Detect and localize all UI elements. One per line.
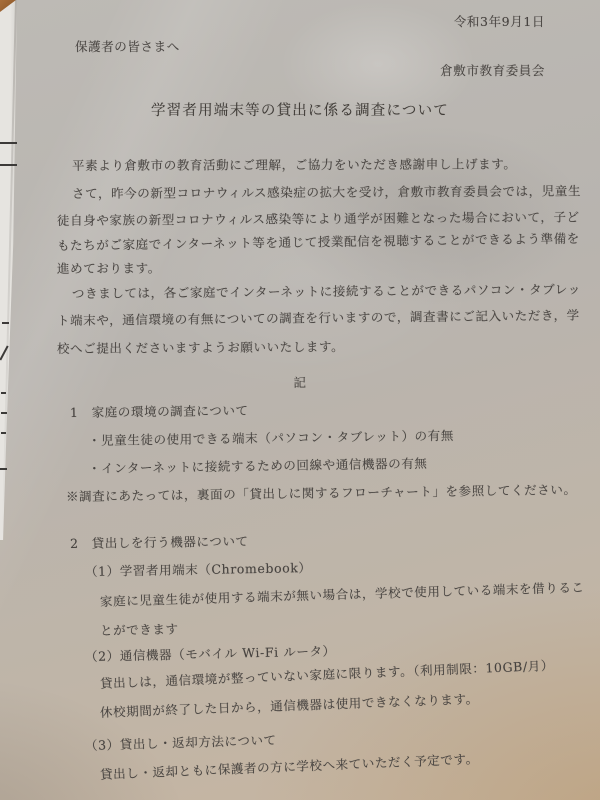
ki-marker: 記 (0, 371, 600, 393)
paragraph-covid-line: 進めております。 (57, 258, 161, 277)
under-paper-mark (0, 142, 17, 144)
document-photo: 令和3年9月1日 保護者の皆さまへ 倉敷市教育委員会 学習者用端末等の貸出に係る… (0, 0, 600, 800)
paragraph-survey-line: 校へご提出くださいますようお願いいたします。 (57, 337, 344, 357)
section1-note: ※調査にあたっては，裏面の「貸出しに関するフローチャート」を参照してください。 (66, 480, 577, 505)
section2-item2-title: （2）通信機器（モバイル Wi-Fi ルータ） (85, 641, 336, 665)
under-paper-mark (0, 468, 7, 470)
under-paper-mark (1, 412, 7, 414)
document-title: 学習者用端末等の貸出に係る調査について (0, 99, 600, 120)
greeting-line: 平素より倉敷市の教育活動にご理解，ご協力をいただき感謝申し上げます。 (72, 154, 516, 174)
section2-item2-line: 休校期間が終了した日から，通信機器は使用できなくなります。 (100, 689, 479, 721)
paragraph-survey-line: つきましては，各ご家庭でインターネットに接続することができるパソコン・タブレッ (72, 280, 581, 302)
under-paper-mark (1, 432, 6, 434)
paragraph-covid-line: もたちがご家庭でインターネット等を通じて授業配信を視聴することができるよう準備を (57, 229, 580, 254)
paragraph-covid-line: 徒自身や家族の新型コロナウィルス感染等により通学が困難となった場合において，子ど (57, 207, 580, 229)
date-line: 令和3年9月1日 (454, 12, 545, 30)
under-paper-mark (0, 164, 17, 166)
sender-line: 倉敷市教育委員会 (440, 61, 545, 79)
section2-item3-line: 貸出し・返却ともに保護者の方に学校へ来ていただく予定です。 (100, 749, 479, 783)
section2-item1-line: とができます (100, 619, 179, 639)
paragraph-survey-line: ト端末や，通信環境の有無についての調査を行いますので，調査書にご記入いただき，学 (57, 306, 580, 329)
section1-bullet: ・児童生徒の使用できる端末（パソコン・タブレット）の有無 (88, 426, 454, 449)
section2-item3-title: （3）貸出し・返却方法について (85, 730, 277, 754)
section1-bullet: ・インターネットに接続するための回線や通信機器の有無 (88, 454, 428, 477)
section2-heading: 2 貸出しを行う機器について (70, 532, 249, 552)
section2-item1-line: 家庭に児童生徒が使用する端末が無い場合は，学校で使用している端末を借りるこ (100, 578, 585, 610)
recipient-line: 保護者の皆さまへ (75, 37, 180, 55)
section2-item1-title: （1）学習者用端末（Chromebook） (85, 558, 312, 580)
paragraph-covid-line: さて，昨今の新型コロナウィルス感染症の拡大を受け，倉敷市教育委員会では，児童生 (72, 181, 581, 202)
under-paper-mark (2, 322, 9, 324)
section1-heading: 1 家庭の環境の調査について (70, 401, 249, 421)
